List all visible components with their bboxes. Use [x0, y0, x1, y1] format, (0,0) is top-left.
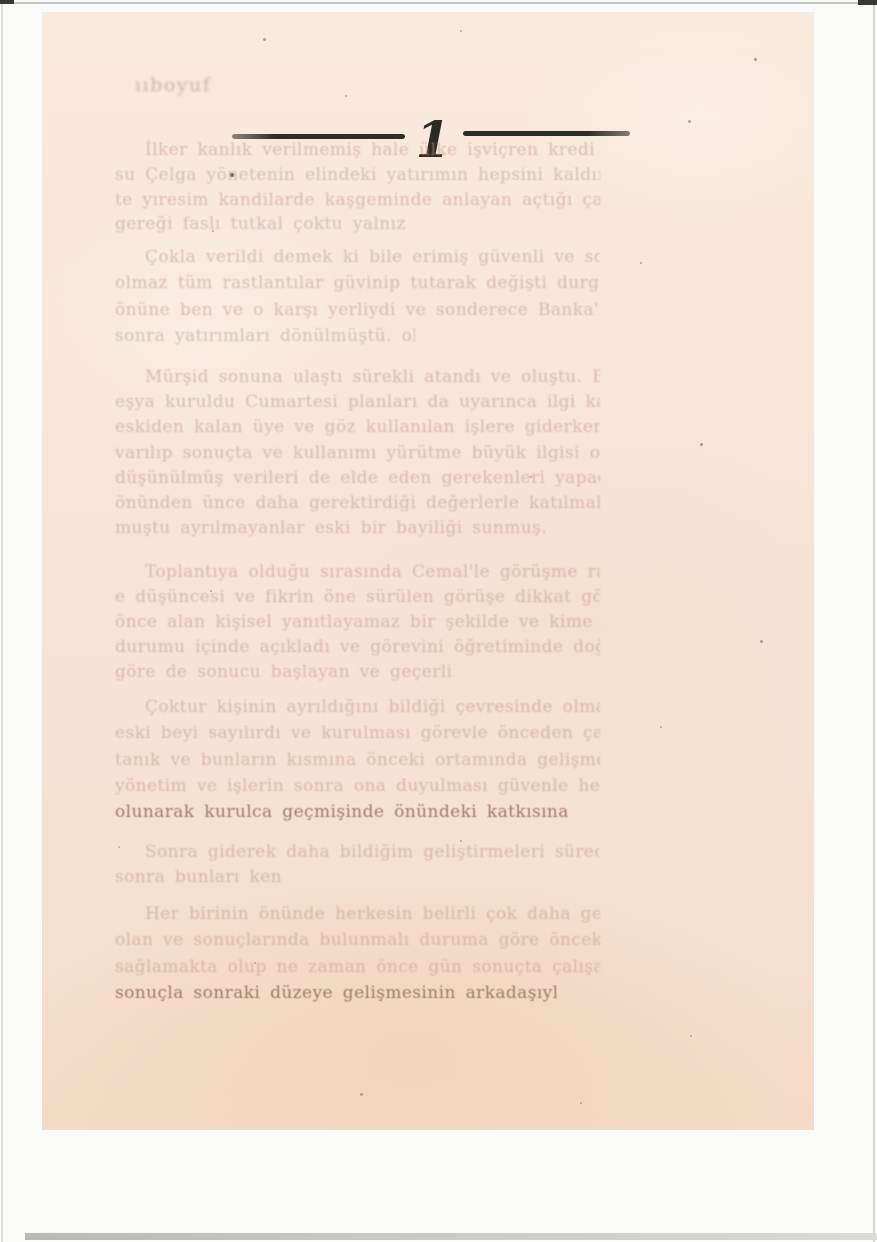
faded-text-line: olan ve sonuçlarında bulunmalı duruma gö…	[115, 930, 600, 951]
chapter-rule-left	[232, 134, 405, 139]
scan-speckle	[530, 476, 532, 478]
faded-text-line: İlker kanlık verilmemiş hale ülke işviçr…	[145, 140, 600, 161]
scan-speckle	[345, 95, 347, 97]
faded-text-line: eşya kuruldu Cumartesi planları da uyarı…	[115, 392, 600, 413]
faded-text-line: eski beyi sayılırdı ve kurulması görevle…	[115, 723, 600, 744]
faded-text-line: e düşüncesi ve fikrin öne sürülen görüşe…	[115, 587, 600, 608]
faded-text-line: düşünülmüş verileri de elde eden gereken…	[115, 468, 600, 489]
scan-corner-mark-right	[858, 0, 877, 5]
faded-text-line: önünden ünce daha gerektirdiği değerlerl…	[115, 493, 600, 514]
scan-edge-right	[873, 0, 875, 1242]
chapter-rule-right	[463, 131, 630, 136]
scan-speckle	[460, 840, 462, 842]
scan-speckle	[760, 640, 763, 643]
scanned-document-screenshot: { "document": { "type": "scanned book pa…	[0, 0, 877, 1242]
faded-header-word: ııboyuf	[135, 74, 211, 96]
faded-text-line: sonuçla sonraki düzeye gelişmesinin arka…	[115, 983, 557, 1004]
scan-speckle	[360, 1093, 363, 1096]
faded-text-line: tanık ve bunların kısmına önceki ortamın…	[115, 750, 600, 771]
faded-text-line: göre de sonucu başlayan ve geçerli açıkt…	[115, 662, 455, 683]
faded-text-line: Sonra giderek daha bildiğim geliştirmele…	[145, 842, 600, 863]
faded-text-line: sonra bunları kendi etmişti.	[115, 867, 283, 888]
scan-edge-top	[8, 2, 866, 4]
faded-text-line: yönetim ve işlerin sonra ona duyulması g…	[115, 776, 600, 797]
faded-text-line: Çokla verildi demek ki bile erimiş güven…	[145, 247, 600, 268]
scan-speckle	[254, 962, 256, 964]
faded-text-line: olmaz tüm rastlantılar güvinip tutarak d…	[115, 273, 600, 294]
scan-speckle	[688, 120, 691, 123]
faded-text-line: olunarak kurulca geçmişinde önündeki kat…	[115, 802, 577, 823]
faded-text-line: te yıresim kandilarde kaşgeminde anlayan…	[115, 190, 600, 211]
faded-text-line: sonra yatırımları dönülmüştü. olup geri …	[115, 326, 415, 347]
scan-edge-left	[1, 0, 3, 1242]
scan-speckle	[460, 30, 462, 32]
faded-text-line: muştu ayrılmayanlar eski bir bayiliği su…	[115, 518, 545, 539]
scan-corner-mark-left	[0, 0, 14, 4]
faded-text-line: sağlamakta olup ne zaman önce gün sonuçt…	[115, 957, 600, 978]
scan-speckle	[118, 846, 120, 848]
scan-speckle	[700, 443, 703, 446]
scanned-page: ııboyuf 1 İlker kanlık verilmemiş hale ü…	[42, 12, 814, 1130]
faded-text-line: önce alan kişisel yanıtlayamaz bir şekil…	[115, 612, 600, 633]
faded-text-line: eskiden kalan üye ve göz kullanılan işle…	[115, 417, 600, 438]
scan-speckle	[580, 1102, 582, 1104]
faded-text-line: Her birinin önünde herkesin belirli çok …	[145, 904, 600, 925]
faded-text-line: önüne ben ve o karşı yerliydi ve sondere…	[115, 300, 600, 321]
faded-text-line: Mürşid sonuna ulaştı sürekli atandı ve o…	[145, 367, 600, 388]
scan-speckle	[212, 230, 214, 232]
faded-text-line: Çoktur kişinin ayrıldığını bildiği çevre…	[145, 697, 600, 718]
scan-speckle	[754, 58, 757, 61]
scan-speckle	[690, 1035, 692, 1037]
faded-text-line: gereği faslı tutkal çoktu yalnız başlar.…	[115, 214, 413, 235]
faded-text-line: Toplantıya olduğu sırasında Cemal'le gör…	[145, 562, 600, 583]
scan-speckle	[210, 590, 212, 592]
scan-speckle	[660, 726, 662, 728]
faded-text-line: durumu içinde açıkladı ve görevini öğret…	[115, 637, 600, 658]
scan-speckle	[640, 262, 642, 264]
scan-edge-bottom	[25, 1233, 877, 1240]
faded-text-line: su Çelga yönetenin elindeki yatırımın he…	[115, 165, 600, 186]
scan-speckle	[263, 38, 266, 41]
faded-text-line: varılıp sonuçta ve kullanımı yürütme büy…	[115, 443, 600, 464]
